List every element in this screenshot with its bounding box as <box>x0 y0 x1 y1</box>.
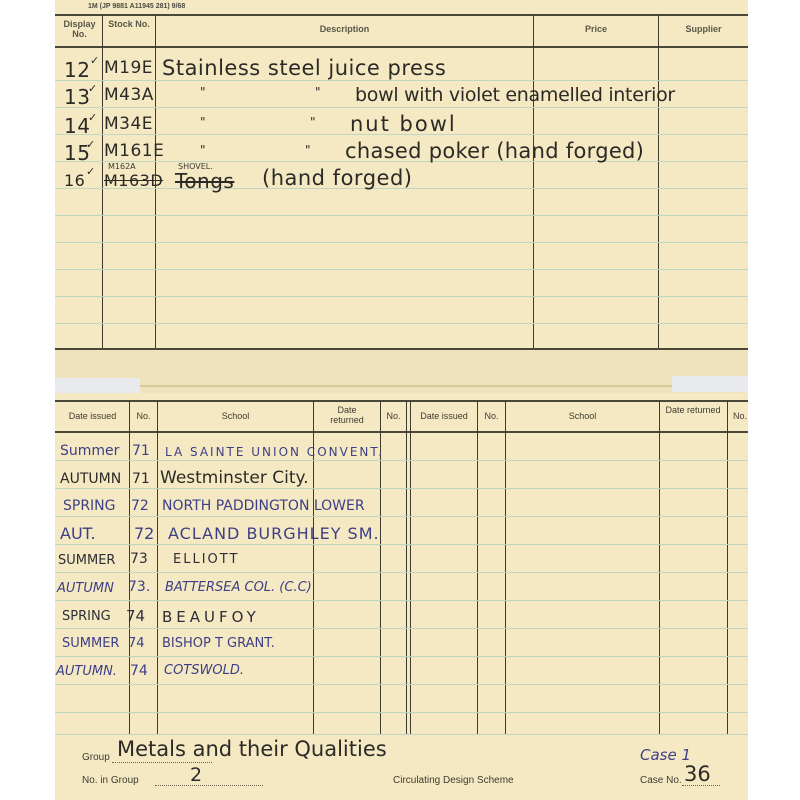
group-value: Metals and their Qualities <box>117 737 387 761</box>
school: NORTH PADDINGTON LOWER <box>162 498 365 514</box>
display-no: 14 <box>64 114 90 138</box>
ruled-line <box>55 544 748 545</box>
season: SPRING <box>63 498 116 514</box>
ruled-line <box>55 572 748 573</box>
year: 71 <box>132 443 150 459</box>
school: ELLIOTT <box>173 552 239 567</box>
check-mark: ✓ <box>88 82 97 95</box>
ditto-mark: " <box>200 143 206 157</box>
header-date-issued: Date issued <box>411 412 477 422</box>
season: AUTUMN <box>57 581 114 596</box>
bottom-header-rule <box>55 400 748 402</box>
ruled-line <box>55 215 748 216</box>
year: 73 <box>130 551 148 567</box>
season: SUMMER <box>58 553 115 568</box>
school: COTSWOLD. <box>164 663 244 678</box>
season: AUTUMN <box>60 471 121 487</box>
description-struck: Tongs <box>175 169 234 193</box>
ruled-line <box>55 516 748 517</box>
ruled-line <box>55 460 748 461</box>
header-no: No. <box>381 412 406 422</box>
col-divider <box>658 15 659 348</box>
display-no: 16 <box>64 171 85 190</box>
school: LA SAINTE UNION CONVENT. <box>165 445 384 459</box>
col-divider <box>533 15 534 348</box>
ruled-line <box>55 628 748 629</box>
ruled-line <box>55 600 748 601</box>
header-date-issued: Date issued <box>56 412 129 422</box>
ruled-line <box>55 684 748 685</box>
scheme-title: Circulating Design Scheme <box>393 775 514 786</box>
ditto-mark: " <box>200 115 206 129</box>
bottom-header-bottom-rule <box>55 431 748 433</box>
ruled-line <box>55 269 748 270</box>
season: Summer <box>60 443 119 459</box>
display-no: 12 <box>64 58 90 82</box>
fold-tab-left <box>55 378 140 393</box>
header-display-no: Display No. <box>57 20 102 40</box>
top-table-bottom-rule <box>55 348 748 350</box>
fold-crease <box>140 385 672 387</box>
ruled-line <box>55 323 748 324</box>
header-date-returned: Date returned <box>320 406 374 426</box>
school: ACLAND BURGHLEY SM. <box>168 524 380 543</box>
col-divider <box>102 15 103 348</box>
check-mark: ✓ <box>88 111 97 124</box>
description: Stainless steel juice press <box>162 56 446 80</box>
header-stock-no: Stock No. <box>103 20 155 30</box>
season: AUTUMN. <box>56 664 117 679</box>
ditto-mark: " <box>315 85 321 99</box>
no-in-group-dotted-line <box>155 785 263 786</box>
top-header-rule <box>55 14 748 16</box>
season: SUMMER <box>62 636 119 651</box>
ditto-mark: " <box>305 143 311 157</box>
stock-no-correction: M162A <box>108 162 136 171</box>
no-in-group-label: No. in Group <box>82 775 139 786</box>
year: 72 <box>131 498 149 514</box>
stock-no: M19E <box>104 58 153 78</box>
ruled-line <box>55 80 748 81</box>
school: Westminster City. <box>160 468 309 488</box>
year: 74 <box>126 607 145 625</box>
school: BATTERSEA COL. (C.C) <box>165 580 312 595</box>
ruled-line <box>55 734 748 735</box>
no-in-group-value: 2 <box>190 764 202 786</box>
fold-tab-right <box>672 376 748 392</box>
header-no: No. <box>728 412 752 422</box>
description: nut bowl <box>350 112 457 136</box>
top-header-bottom-rule <box>55 46 748 48</box>
ruled-line <box>55 242 748 243</box>
description: chased poker (hand forged) <box>345 139 644 163</box>
school: BISHOP T GRANT. <box>162 636 275 651</box>
stock-no: M34E <box>104 114 153 134</box>
check-mark: ✓ <box>90 54 99 67</box>
header-school: School <box>158 412 313 422</box>
ruled-line <box>55 107 748 108</box>
ruled-line <box>55 296 748 297</box>
year: 74 <box>130 663 148 679</box>
check-mark: ✓ <box>86 165 95 178</box>
print-code: 1M (JP 9881 A11945 281) 9/68 <box>88 3 185 10</box>
case-no-label: Case No. <box>640 775 682 786</box>
header-no: No. <box>130 412 157 422</box>
stock-no-struck: M163D <box>104 171 163 190</box>
header-no: No. <box>478 412 505 422</box>
season: SPRING <box>62 609 111 624</box>
header-school: School <box>506 412 659 422</box>
season: AUT. <box>60 524 96 543</box>
stock-no: M161E <box>104 141 164 161</box>
year: 72 <box>134 524 154 543</box>
stock-no: M43A <box>104 85 154 105</box>
display-no: 13 <box>64 85 90 109</box>
case-no-value: 36 <box>684 762 711 786</box>
group-label: Group <box>82 752 110 763</box>
description: bowl with violet enamelled interior <box>355 84 675 106</box>
year: 73. <box>128 579 150 595</box>
check-mark: ✓ <box>86 138 95 151</box>
year: 74 <box>128 636 145 651</box>
school: BEAUFOY <box>162 608 260 626</box>
ditto-mark: " <box>200 85 206 99</box>
ruled-line <box>55 656 748 657</box>
header-supplier: Supplier <box>659 25 748 35</box>
header-date-returned: Date returned <box>665 406 721 416</box>
ruled-line <box>55 712 748 713</box>
description: (hand forged) <box>262 166 412 190</box>
header-description: Description <box>156 25 533 35</box>
header-price: Price <box>534 25 658 35</box>
year: 71 <box>132 471 150 487</box>
ruled-line <box>55 488 748 489</box>
group-dotted-line <box>112 762 212 763</box>
ditto-mark: " <box>310 115 316 129</box>
